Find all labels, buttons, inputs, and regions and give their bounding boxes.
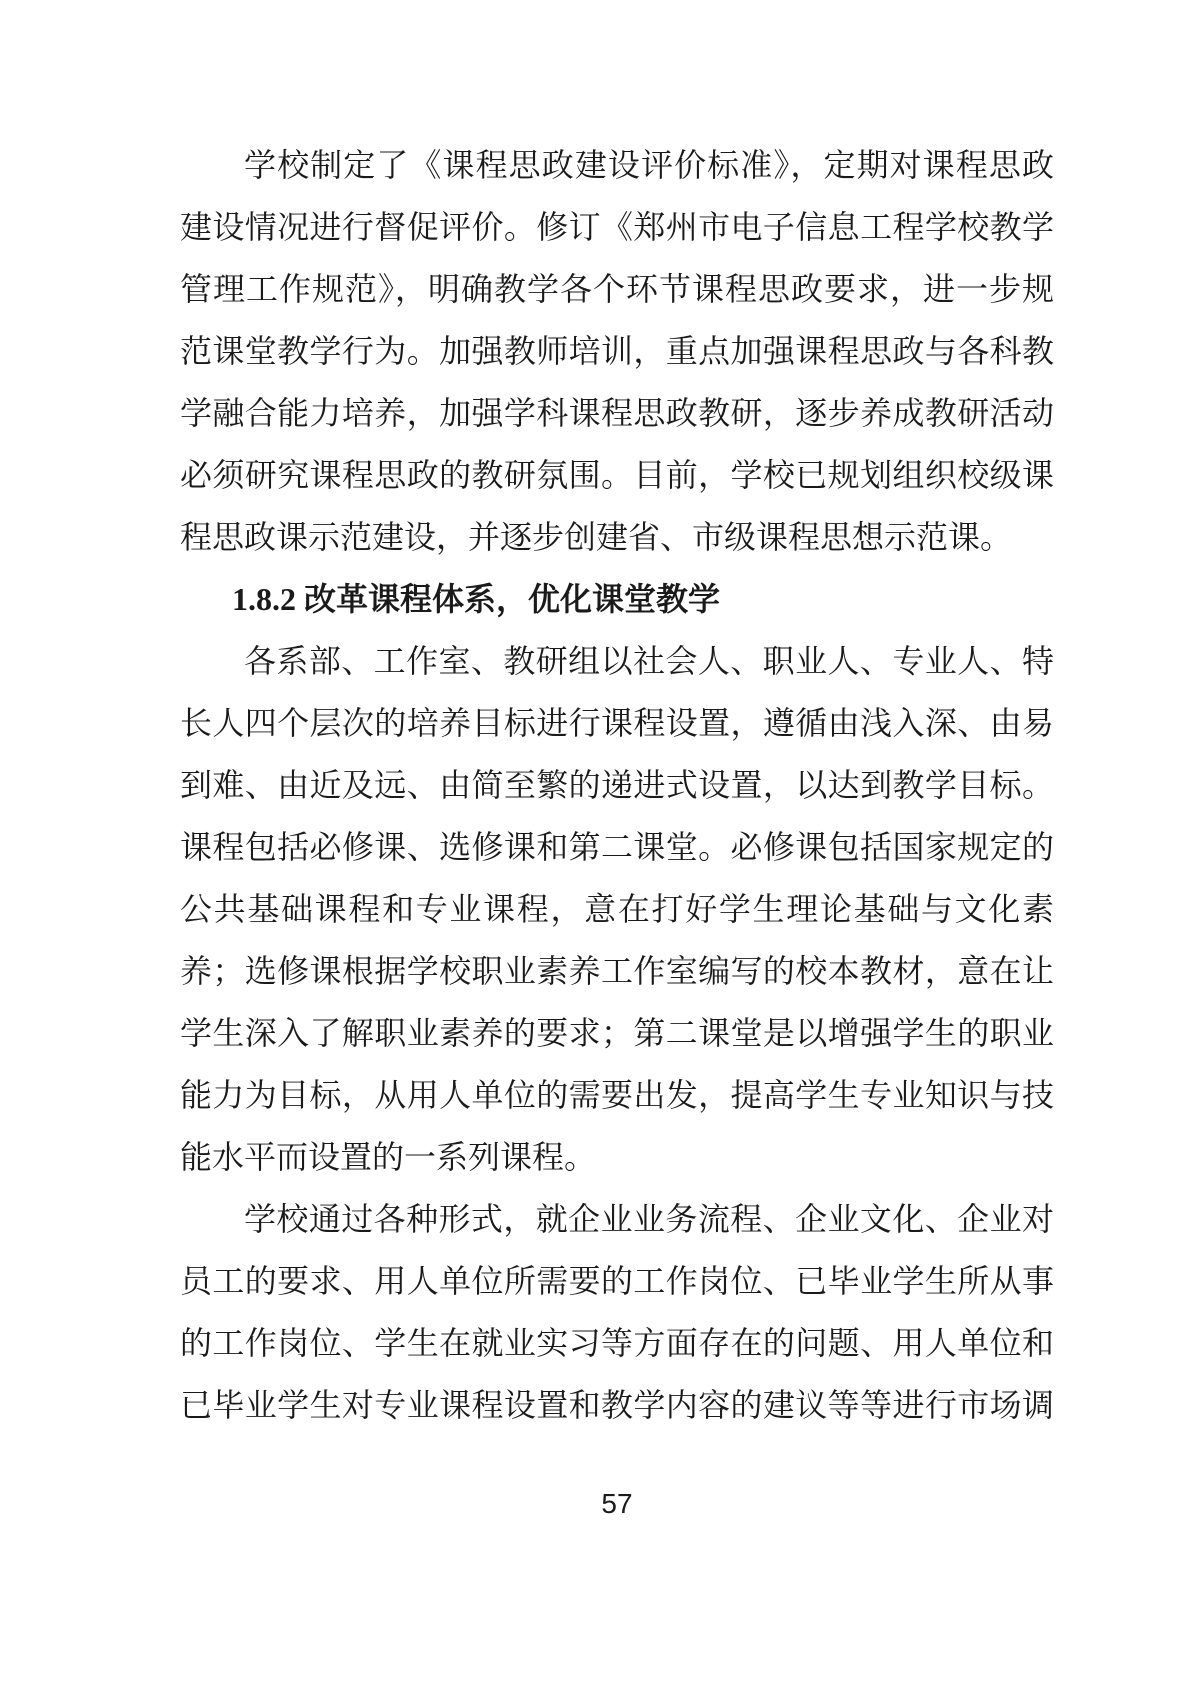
text-line: 公共基础课程和专业课程，意在打好学生理论基础与文化素 [180,878,1054,940]
text-line: 程思政课示范建设，并逐步创建省、市级课程思想示范课。 [180,506,1054,568]
text-line: 学校制定了《课程思政建设评价标准》，定期对课程思政 [180,134,1054,196]
text-line: 能水平而设置的一系列课程。 [180,1126,1054,1188]
text-line: 长人四个层次的培养目标进行课程设置，遵循由浅入深、由易 [180,692,1054,754]
text-line: 各系部、工作室、教研组以社会人、职业人、专业人、特 [180,630,1054,692]
page-number: 57 [180,1490,1054,1518]
text-line: 能力为目标，从用人单位的需要出发，提高学生专业知识与技 [180,1064,1054,1126]
text-line: 学融合能力培养，加强学科课程思政教研，逐步养成教研活动 [180,382,1054,444]
text-line: 建设情况进行督促评价。修订《郑州市电子信息工程学校教学 [180,196,1054,258]
text-line: 的工作岗位、学生在就业实习等方面存在的问题、用人单位和 [180,1312,1054,1374]
document-body: 学校制定了《课程思政建设评价标准》，定期对课程思政建设情况进行督促评价。修订《郑… [180,134,1054,1436]
text-line: 养；选修课根据学校职业素养工作室编写的校本教材，意在让 [180,940,1054,1002]
section-heading: 1.8.2 改革课程体系，优化课堂教学 [180,568,1054,630]
text-line: 管理工作规范》，明确教学各个环节课程思政要求，进一步规 [180,258,1054,320]
text-line: 员工的要求、用人单位所需要的工作岗位、已毕业学生所从事 [180,1250,1054,1312]
text-line: 学校通过各种形式，就企业业务流程、企业文化、企业对 [180,1188,1054,1250]
document-page: 学校制定了《课程思政建设评价标准》，定期对课程思政建设情况进行督促评价。修订《郑… [0,0,1191,1684]
text-line: 已毕业学生对专业课程设置和教学内容的建议等等进行市场调 [180,1374,1054,1436]
text-line: 课程包括必修课、选修课和第二课堂。必修课包括国家规定的 [180,816,1054,878]
text-line: 学生深入了解职业素养的要求；第二课堂是以增强学生的职业 [180,1002,1054,1064]
text-line: 到难、由近及远、由简至繁的递进式设置，以达到教学目标。 [180,754,1054,816]
text-line: 必须研究课程思政的教研氛围。目前，学校已规划组织校级课 [180,444,1054,506]
text-line: 范课堂教学行为。加强教师培训，重点加强课程思政与各科教 [180,320,1054,382]
